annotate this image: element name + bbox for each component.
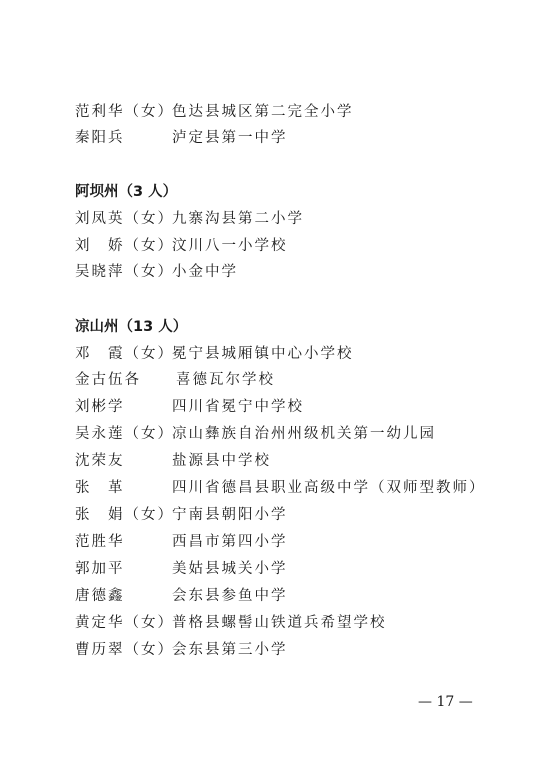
page-number: — 17 —: [418, 692, 473, 712]
person-name: 范胜华: [75, 529, 170, 555]
school-name: 色达县城区第二完全小学: [172, 99, 354, 125]
person-name: 沈荣友: [75, 448, 170, 474]
person-name: 张 革: [75, 475, 170, 501]
section-heading-aba: 阿坝州（3 人）: [75, 179, 177, 205]
school-name: 泸定县第一中学: [172, 125, 288, 151]
section-heading-liangshan: 凉山州（13 人）: [75, 314, 187, 340]
person-name: 范利华（女）: [75, 99, 170, 125]
school-name: 会东县参鱼中学: [172, 583, 288, 609]
school-name: 九寨沟县第二小学: [172, 206, 304, 232]
person-name: 郭加平: [75, 556, 170, 582]
school-name: 喜德瓦尔学校: [176, 367, 275, 393]
person-name: 吴永莲（女）: [75, 421, 170, 447]
person-name: 秦阳兵: [75, 125, 170, 151]
school-name: 凉山彝族自治州州级机关第一幼儿园: [172, 421, 436, 447]
person-name: 曹历翠（女）: [75, 637, 170, 663]
school-name: 西昌市第四小学: [172, 529, 288, 555]
person-name: 刘彬学: [75, 394, 170, 420]
person-name: 邓 霞（女）: [75, 341, 170, 367]
person-name: 吴晓萍（女）: [75, 259, 170, 285]
school-name: 汶川八一小学校: [172, 233, 288, 259]
school-name: 小金中学: [172, 259, 238, 285]
school-name: 冕宁县城厢镇中心小学校: [172, 341, 354, 367]
school-name: 四川省冕宁中学校: [172, 394, 304, 420]
school-name: 普格县螺髻山铁道兵希望学校: [172, 610, 387, 636]
person-name: 唐德鑫: [75, 583, 170, 609]
person-name: 黄定华（女）: [75, 610, 170, 636]
person-name: 刘 娇（女）: [75, 233, 170, 259]
document-page: 范利华（女） 色达县城区第二完全小学 秦阳兵 泸定县第一中学 阿坝州（3 人） …: [0, 0, 550, 778]
person-name: 刘凤英（女）: [75, 206, 170, 232]
school-name: 盐源县中学校: [172, 448, 271, 474]
school-name: 宁南县朝阳小学: [172, 502, 288, 528]
school-name: 美姑县城关小学: [172, 556, 288, 582]
school-name: 四川省德昌县职业高级中学（双师型教师）: [172, 475, 486, 501]
school-name: 会东县第三小学: [172, 637, 288, 663]
person-name: 张 娟（女）: [75, 502, 170, 528]
person-name: 金古伍各: [75, 367, 170, 393]
